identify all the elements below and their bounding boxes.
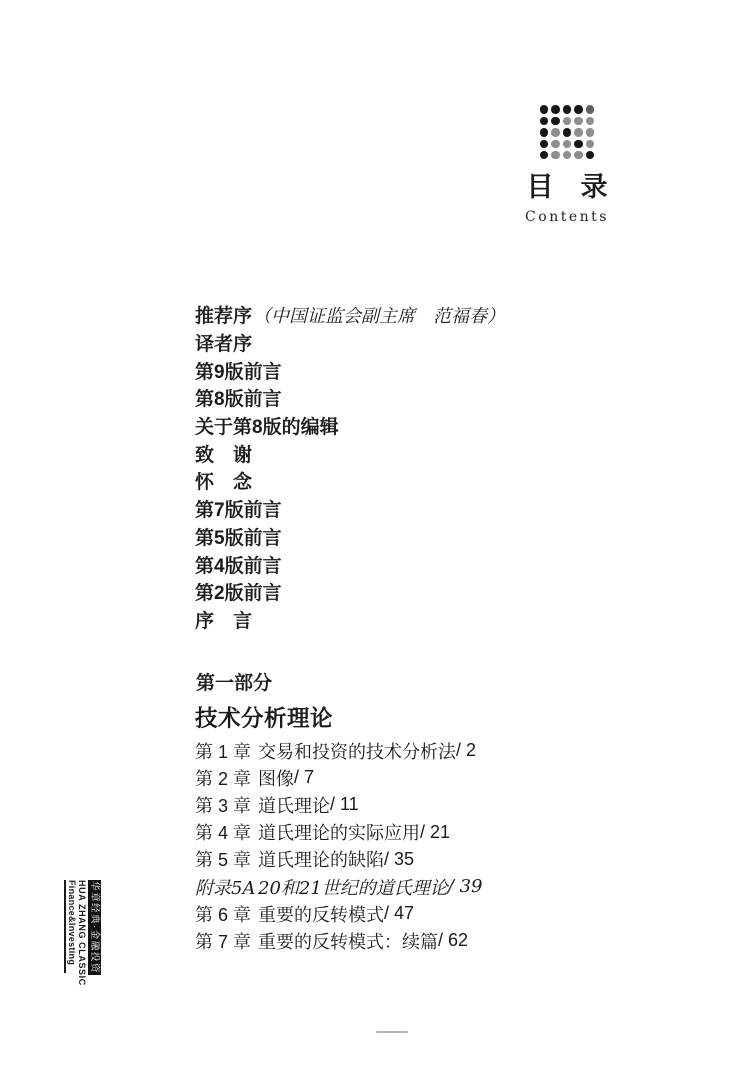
front-matter-label: 第8版前言: [195, 384, 282, 411]
dot: [586, 151, 595, 160]
front-matter-item: 第8版前言: [195, 384, 505, 412]
chapter-number: 第 1 章: [195, 738, 258, 764]
series-name-en: HUA ZHANG CLASSIC: [77, 880, 87, 975]
chapter-row: 附录5A20和21世纪的道氏理论 / 39: [195, 873, 483, 900]
dot: [563, 117, 572, 126]
front-matter-item: 第7版前言: [195, 495, 505, 523]
chapter-page: / 7: [294, 767, 314, 788]
dot: [563, 140, 572, 149]
dot: [540, 128, 549, 137]
chapter-list: 第 1 章交易和投资的技术分析法 / 2第 2 章图像 / 7第 3 章道氏理论…: [195, 737, 483, 955]
dot: [540, 140, 549, 149]
contents-header: 目 录 Contents: [521, 104, 613, 225]
toc-page: 目 录 Contents 推荐序（中国证监会副主席 范福春）译者序第9版前言第8…: [0, 0, 750, 1066]
chapter-page: / 39: [448, 876, 483, 897]
front-matter-item: 第2版前言: [195, 578, 505, 606]
front-matter-label: 序 言: [195, 606, 252, 633]
front-matter-item: 译者序: [195, 329, 505, 357]
chapter-title: 交易和投资的技术分析法: [258, 738, 456, 764]
front-matter-item: 关于第8版的编辑: [195, 412, 505, 440]
front-matter-item: 第9版前言: [195, 356, 505, 384]
dot: [551, 151, 560, 160]
front-matter-item: 第5版前言: [195, 523, 505, 551]
page-title-cn: 目 录: [521, 165, 613, 204]
dot: [563, 105, 572, 114]
front-matter-label: 怀 念: [195, 467, 252, 494]
chapter-title: 道氏理论的缺陷: [258, 846, 384, 872]
front-matter-label: 译者序: [195, 329, 252, 356]
chapter-number: 附录5A: [195, 874, 258, 900]
dot: [540, 117, 549, 126]
chapter-page: / 11: [330, 794, 359, 815]
chapter-row: 第 7 章重要的反转模式：续篇 / 62: [195, 927, 483, 954]
chapter-title: 重要的反转模式：续篇: [258, 928, 438, 954]
dot: [574, 128, 583, 137]
chapter-title: 20和21世纪的道氏理论: [258, 874, 448, 900]
chapter-row: 第 3 章道氏理论 / 11: [195, 791, 483, 818]
dot: [574, 140, 583, 149]
dot: [551, 140, 560, 149]
dot: [574, 117, 583, 126]
dot: [551, 117, 560, 126]
chapter-number: 第 4 章: [195, 819, 258, 845]
dot: [586, 117, 595, 126]
chapter-page: / 62: [438, 930, 468, 951]
front-matter-label: 第4版前言: [195, 551, 282, 578]
front-matter-label: 第2版前言: [195, 578, 282, 605]
chapter-row: 第 2 章图像 / 7: [195, 764, 483, 791]
series-badge: 华章经典·金融投资: [88, 880, 101, 975]
front-matter-list: 推荐序（中国证监会副主席 范福春）译者序第9版前言第8版前言关于第8版的编辑致 …: [195, 301, 505, 633]
front-matter-label: 第5版前言: [195, 523, 282, 550]
chapter-row: 第 1 章交易和投资的技术分析法 / 2: [195, 737, 483, 764]
chapter-number: 第 3 章: [195, 792, 258, 818]
chapter-row: 第 6 章重要的反转模式 / 47: [195, 900, 483, 927]
dot: [563, 151, 572, 160]
dot: [551, 105, 560, 114]
front-matter-label: 第9版前言: [195, 357, 282, 384]
chapter-page: / 47: [384, 903, 414, 924]
part-label: 第一部分: [196, 668, 272, 695]
front-matter-label: 致 谢: [195, 440, 252, 467]
chapter-page: / 2: [456, 740, 476, 761]
chapter-row: 第 4 章道氏理论的实际应用 / 21: [195, 819, 483, 846]
chapter-title: 重要的反转模式: [258, 901, 384, 927]
dot: [540, 151, 549, 160]
dot: [586, 105, 595, 114]
dot: [540, 105, 549, 114]
dot: [586, 140, 595, 149]
chapter-page: / 35: [384, 849, 414, 870]
scan-artifact-dash: [376, 1031, 408, 1033]
series-sidebar: 华章经典·金融投资 HUA ZHANG CLASSIC Finance&Inve…: [64, 880, 101, 975]
chapter-title: 道氏理论的实际应用: [258, 819, 420, 845]
front-matter-item: 推荐序（中国证监会副主席 范福春）: [195, 301, 505, 329]
chapter-number: 第 7 章: [195, 928, 258, 954]
dot: [574, 105, 583, 114]
front-matter-label: 推荐序: [195, 301, 252, 328]
series-subtitle-en: Finance&Investing: [67, 880, 77, 975]
dot: [574, 151, 583, 160]
chapter-page: / 21: [420, 822, 450, 843]
dot-grid-logo: [539, 104, 596, 161]
front-matter-item: 序 言: [195, 606, 505, 634]
front-matter-note: （中国证监会副主席 范福春）: [253, 302, 505, 328]
chapter-title: 图像: [258, 765, 294, 791]
front-matter-item: 怀 念: [195, 467, 505, 495]
chapter-number: 第 6 章: [195, 901, 258, 927]
chapter-row: 第 5 章道氏理论的缺陷 / 35: [195, 846, 483, 873]
chapter-number: 第 2 章: [195, 765, 258, 791]
chapter-number: 第 5 章: [195, 846, 258, 872]
dot: [551, 128, 560, 137]
part-title: 技术分析理论: [195, 701, 333, 733]
series-rule: [64, 880, 66, 973]
front-matter-item: 致 谢: [195, 439, 505, 467]
front-matter-item: 第4版前言: [195, 550, 505, 578]
chapter-title: 道氏理论: [258, 792, 330, 818]
dot: [563, 128, 572, 137]
page-title-en: Contents: [521, 209, 613, 225]
front-matter-label: 第7版前言: [195, 495, 282, 522]
dot: [586, 128, 595, 137]
front-matter-label: 关于第8版的编辑: [195, 412, 339, 439]
